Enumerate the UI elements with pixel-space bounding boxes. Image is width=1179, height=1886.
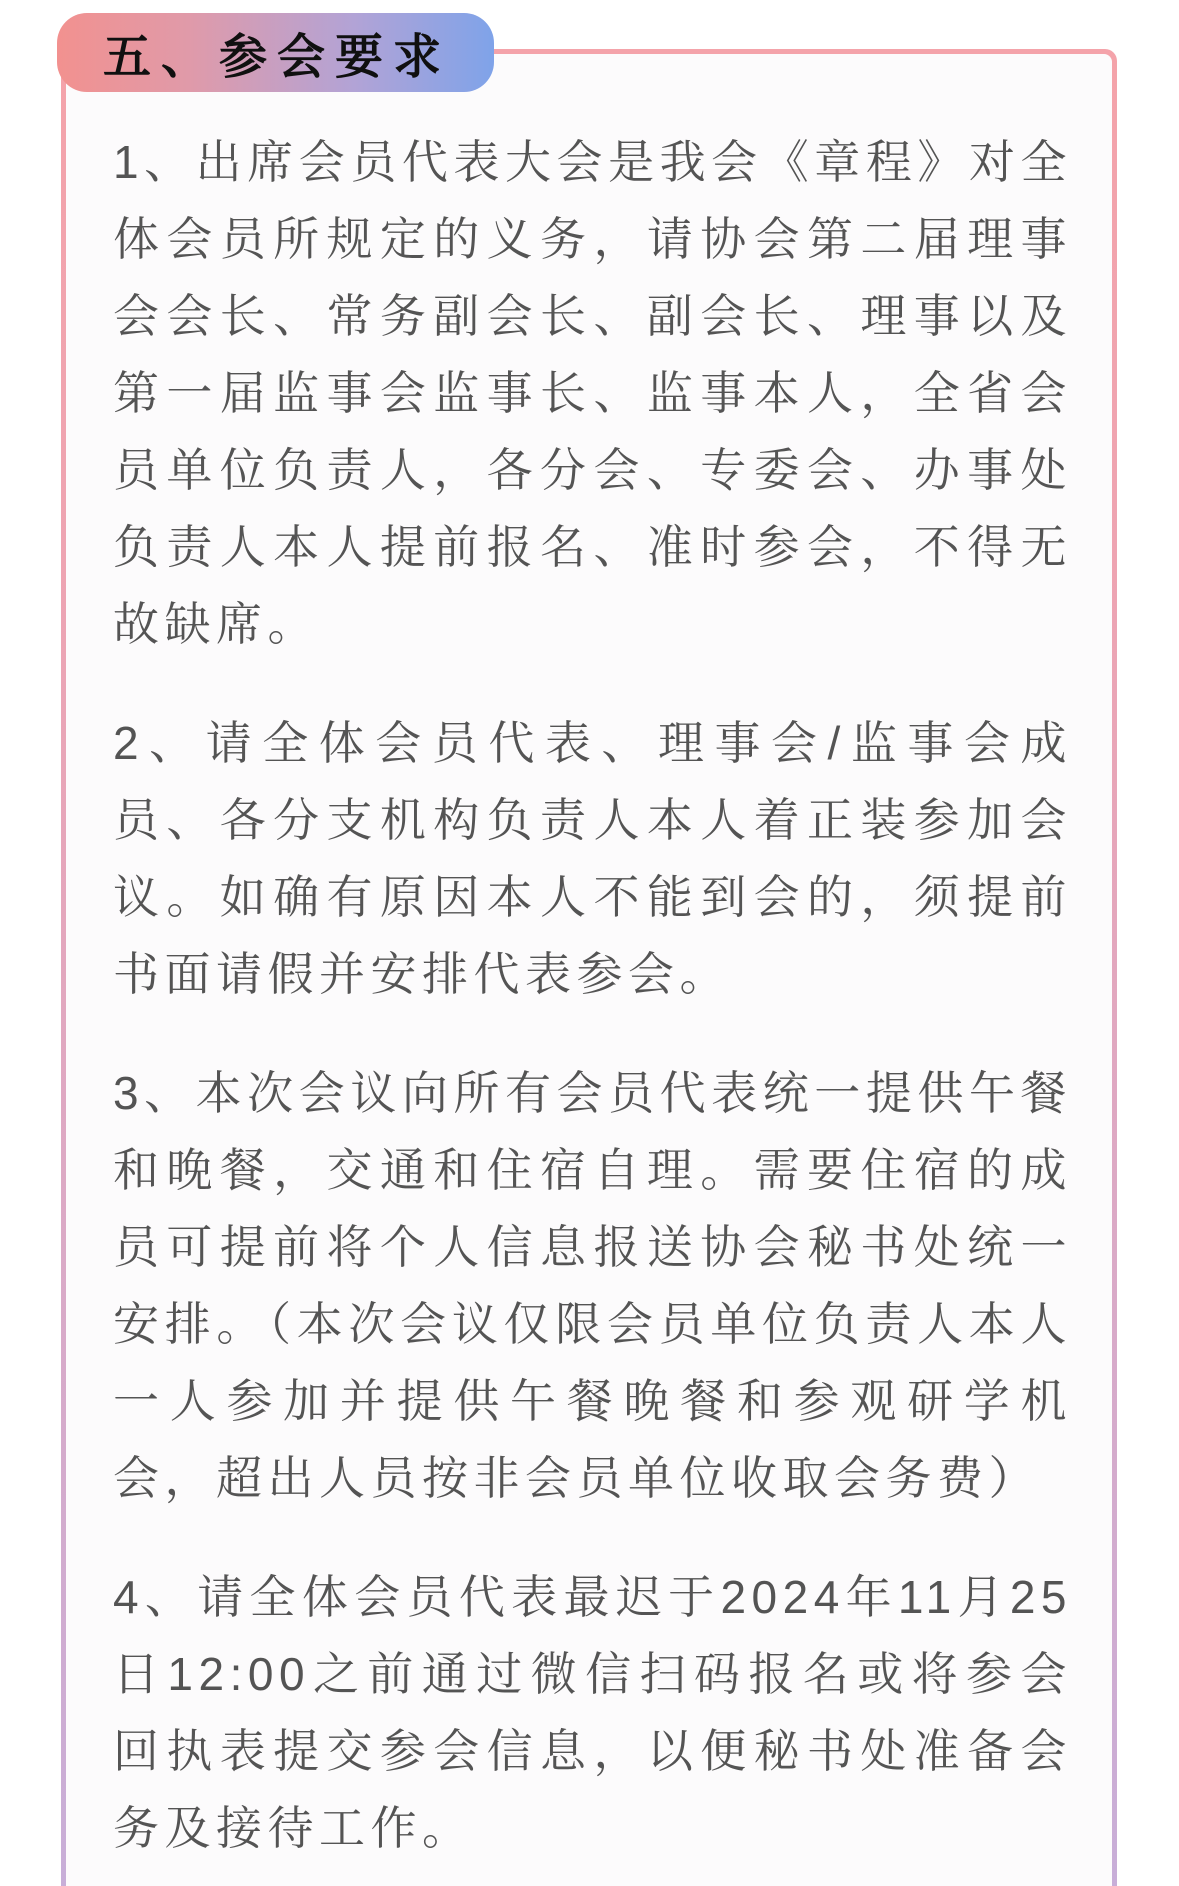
requirements-body: 1、出席会员代表大会是我会《章程》对全体会员所规定的义务，请协会第二届理事会会长… — [66, 54, 1112, 1867]
requirement-item-2: 2、请全体会员代表、理事会/监事会成员、各分支机构负责人本人着正装参加会议。如确… — [113, 705, 1072, 1013]
section-heading-badge: 五、参会要求 — [57, 13, 494, 92]
section-heading: 五、参会要求 — [103, 18, 451, 87]
requirement-item-1: 1、出席会员代表大会是我会《章程》对全体会员所规定的义务，请协会第二届理事会会长… — [113, 124, 1072, 663]
requirement-item-4: 4、请全体会员代表最迟于2024年11月25日12:00之前通过微信扫码报名或将… — [113, 1559, 1072, 1867]
section-frame: 1、出席会员代表大会是我会《章程》对全体会员所规定的义务，请协会第二届理事会会长… — [61, 49, 1117, 1886]
requirement-item-3: 3、本次会议向所有会员代表统一提供午餐和晚餐，交通和住宿自理。需要住宿的成员可提… — [113, 1055, 1072, 1517]
content-panel: 1、出席会员代表大会是我会《章程》对全体会员所规定的义务，请协会第二届理事会会长… — [66, 54, 1112, 1886]
